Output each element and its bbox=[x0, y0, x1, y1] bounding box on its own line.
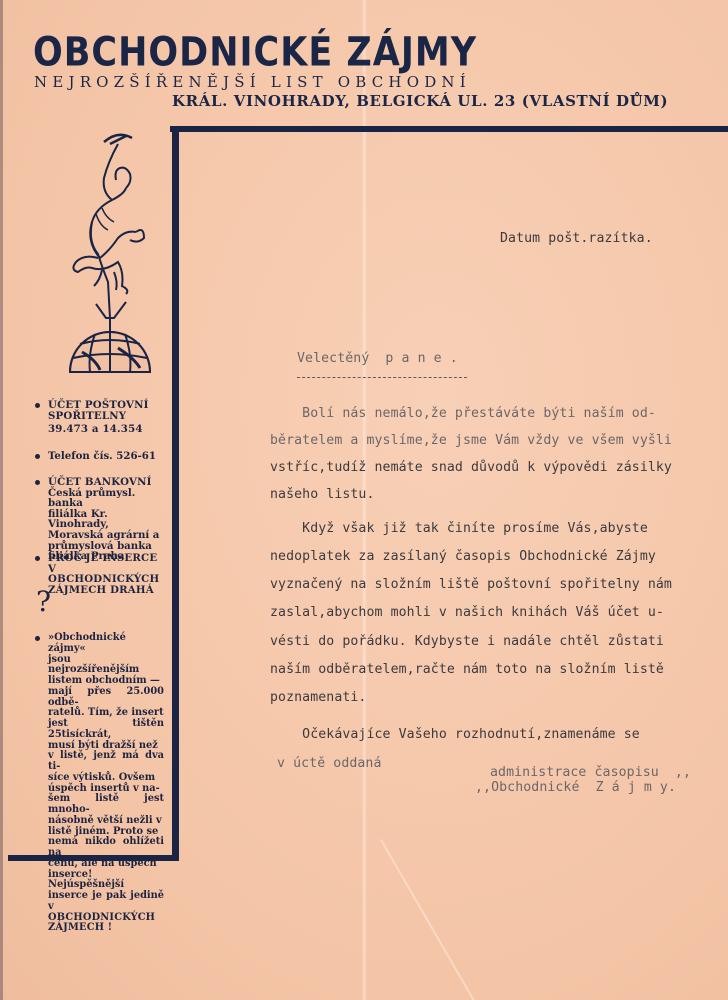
letter-signature-line1: administrace časopisu ,, bbox=[490, 765, 691, 780]
masthead-subtitle: NEJROZŠÍŘENĚJŠÍ LIST OBCHODNÍ bbox=[34, 73, 471, 91]
bullet-icon bbox=[35, 454, 40, 459]
sidebar-telephone: Telefon čís. 526-61 bbox=[36, 451, 164, 462]
bullet-icon bbox=[35, 636, 40, 641]
sidebar-advertising-text: »Obchodnické zájmy« jsou nejrozšířenější… bbox=[36, 633, 164, 934]
letter-p2-line5: vésti do pořádku. Kdybyste i nadále chtě… bbox=[270, 634, 664, 649]
sidebar-advertising-question: PROČ JE INSERCE V OBCHODNICKÝCH ZÁJMECH … bbox=[36, 553, 164, 595]
masthead-address: KRÁL. VINOHRADY, BELGICKÁ UL. 23 (VLASTN… bbox=[172, 92, 668, 110]
bullet-icon bbox=[35, 556, 40, 561]
letter-closing: v úctě oddaná bbox=[277, 756, 382, 771]
letter-salutation: Velectěný p a n e . bbox=[297, 351, 458, 366]
letter-p2-line3: vyznačený na složním liště poštovní spoř… bbox=[270, 577, 672, 592]
letter-p2-line1: Když však již tak činíte prosíme Vás,aby… bbox=[270, 521, 648, 536]
paper-edge-shadow bbox=[0, 0, 3, 1000]
letter-signature-line2: ,,Obchodnické Z á j m y. bbox=[475, 780, 676, 795]
bullet-icon bbox=[35, 480, 40, 485]
letter-p2-line4: zaslal,abychom mohli v našich knihách Vá… bbox=[270, 605, 664, 620]
salutation-underline bbox=[297, 377, 467, 378]
letter-p1-line1: Bolí nás nemálo,že přestáváte býti naším… bbox=[270, 406, 656, 421]
letter-p1-line3: vstříc,tudíž nemáte snad důvodů k výpově… bbox=[270, 460, 672, 475]
frame-vertical-rule bbox=[172, 126, 179, 861]
letter-p2-line7: poznamenati. bbox=[270, 690, 366, 705]
letter-p1-line2: běratelem a myslíme,že jsme Vám vždy ve … bbox=[270, 433, 672, 448]
letter-p1-line4: našeho listu. bbox=[270, 487, 375, 502]
letter-p3: Očekávajíce Vašeho rozhodnutí,znamenáme … bbox=[270, 727, 640, 742]
bullet-icon bbox=[35, 403, 40, 408]
sidebar-postal-account: ÚČET POŠTOVNÍ SPOŘITELNY 39.473 a 14.354 bbox=[36, 400, 164, 435]
sidebar-bank-account: ÚČET BANKOVNÍ Česká průmysl. banka filiá… bbox=[36, 477, 164, 562]
masthead-title: OBCHODNICKÉ ZÁJMY bbox=[33, 32, 477, 73]
letter-p2-line2: nedoplatek za zasílaný časopis Obchodnic… bbox=[270, 549, 656, 564]
letter-p2-line6: naším odběratelem,račte nám toto na slož… bbox=[270, 662, 664, 677]
mercury-on-globe-icon bbox=[40, 122, 170, 382]
frame-top-rule bbox=[170, 126, 728, 132]
question-mark: ? bbox=[36, 585, 51, 618]
letter-date-line: Datum pošt.razítka. bbox=[500, 231, 653, 246]
